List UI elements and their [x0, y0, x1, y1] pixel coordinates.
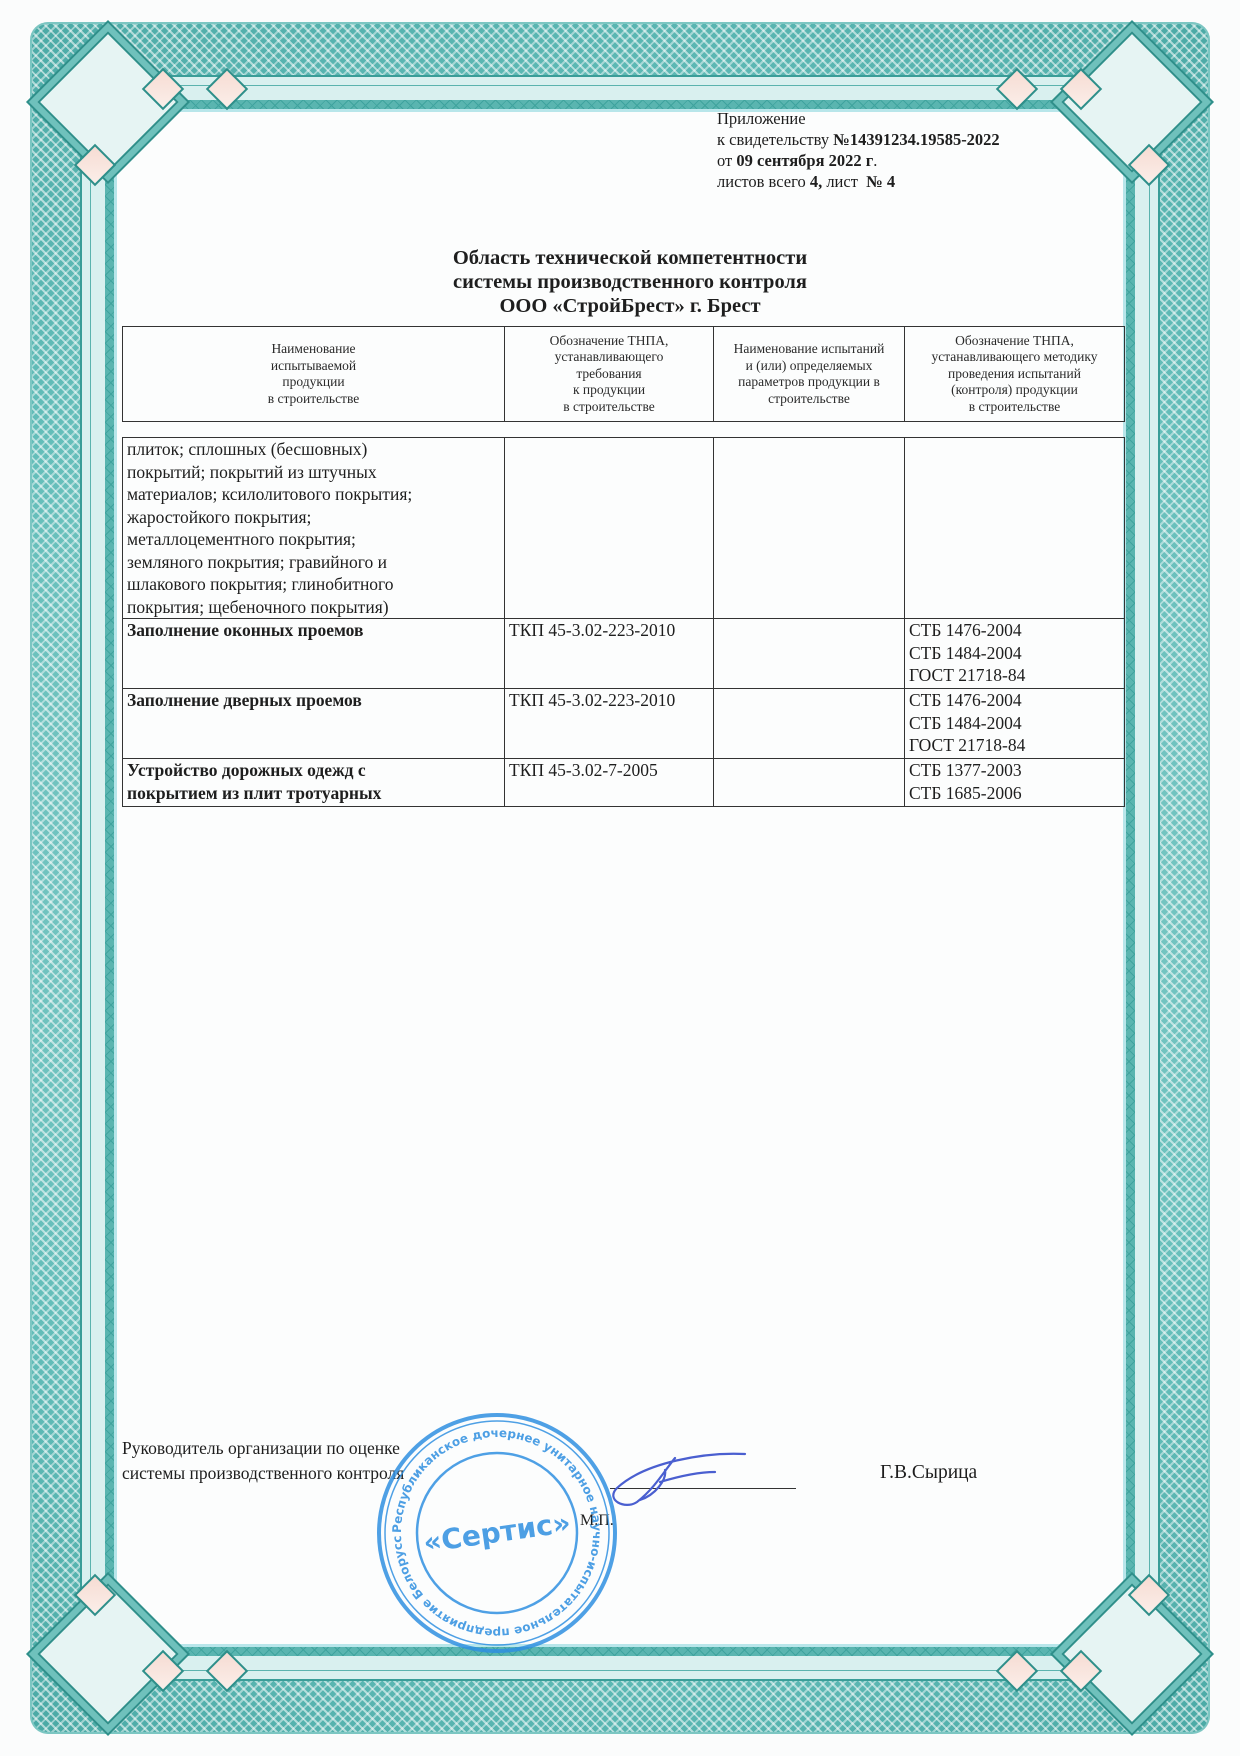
stamp-center-text: «Сертис» [421, 1506, 572, 1559]
header-product: Наименованиеиспытываемойпродукциив строи… [123, 327, 505, 422]
organization-name: ООО «СтройБрест» г. Брест [300, 294, 960, 318]
cell-methods: СТБ 1377-2003СТБ 1685-2006 [905, 759, 1125, 807]
table-row: Устройство дорожных одежд спокрытием из … [123, 759, 1125, 807]
cell-product: Заполнение дверных проемов [123, 689, 505, 759]
handwritten-signature [605, 1440, 755, 1520]
appendix-header: Приложение к свидетельству №14391234.195… [717, 108, 1000, 192]
certificate-reference: к свидетельству №14391234.19585-2022 [717, 129, 1000, 150]
cell-product: плиток; сплошных (бесшовных)покрытий; по… [123, 438, 505, 619]
table-header: Наименованиеиспытываемойпродукциив строи… [122, 326, 1125, 422]
table-row: Заполнение оконных проемовТКП 45-3.02-22… [123, 619, 1125, 689]
cell-methods: СТБ 1476-2004СТБ 1484-2004ГОСТ 21718-84 [905, 619, 1125, 689]
sheet-info: листов всего 4, лист № 4 [717, 171, 1000, 192]
document-title: Область технической компетентности систе… [300, 246, 960, 318]
appendix-label: Приложение [717, 108, 1000, 129]
official-stamp: Республиканское дочернее унитарное научн… [372, 1408, 622, 1658]
cell-tests [714, 438, 905, 619]
table-row: плиток; сплошных (бесшовных)покрытий; по… [123, 438, 1125, 619]
table-row: Заполнение дверных проемовТКП 45-3.02-22… [123, 689, 1125, 759]
cell-methods [905, 438, 1125, 619]
header-methods: Обозначение ТНПА,устанавливающего методи… [905, 327, 1125, 422]
cell-requirements: ТКП 45-3.02-223-2010 [505, 689, 714, 759]
signatory-role: Руководитель организации по оценке систе… [122, 1436, 404, 1486]
cell-tests [714, 619, 905, 689]
cell-methods: СТБ 1476-2004СТБ 1484-2004ГОСТ 21718-84 [905, 689, 1125, 759]
cell-requirements: ТКП 45-3.02-223-2010 [505, 619, 714, 689]
competence-table: плиток; сплошных (бесшовных)покрытий; по… [122, 437, 1125, 807]
header-tests: Наименование испытанийи (или) определяем… [714, 327, 905, 422]
cell-product: Заполнение оконных проемов [123, 619, 505, 689]
cell-product: Устройство дорожных одежд спокрытием из … [123, 759, 505, 807]
cell-tests [714, 759, 905, 807]
cell-requirements: ТКП 45-3.02-7-2005 [505, 759, 714, 807]
cell-tests [714, 689, 905, 759]
header-requirements: Обозначение ТНПА,устанавливающеготребова… [505, 327, 714, 422]
certificate-number: №14391234.19585-2022 [833, 130, 999, 149]
signatory-name: Г.В.Сырица [880, 1462, 977, 1484]
cell-requirements [505, 438, 714, 619]
certificate-date: от 09 сентября 2022 г. [717, 150, 1000, 171]
